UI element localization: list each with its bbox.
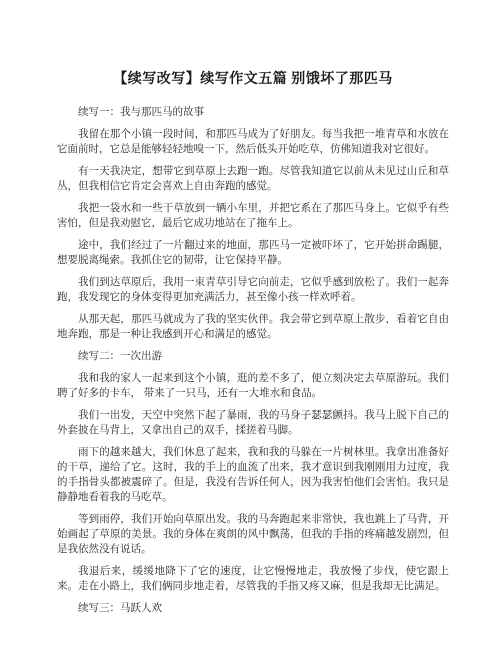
paragraph: 我和我的家人一起来到这个小镇，逛的差不多了，便立刻决定去草原游玩。我们聘了好多的… — [57, 371, 449, 401]
document-title: 【续写改写】续写作文五篇 别饿坏了那匹马 — [57, 72, 449, 88]
paragraph: 我退后来，缓缓地降下了它的速度，让它慢慢地走，我放慢了步伐，使它跟上来。走在小路… — [57, 564, 449, 594]
paragraph: 有一天我决定，想带它到草原上去跑一跑。尽管我知道它以前从未见过山丘和草丛，但我相… — [57, 164, 449, 194]
paragraph: 我们到达草原后，我用一束青草引导它向前走，它似乎感到放松了。我们一起奔跑，我发现… — [57, 275, 449, 305]
paragraph: 途中，我们经过了一片翻过来的地面，那匹马一定被吓坏了，它开始拼命踢腿，想要脱离绳… — [57, 238, 449, 268]
paragraph: 从那天起，那匹马就成为了我的坚实伙伴。我会带它到草原上散步，看着它自由地奔跑，那… — [57, 312, 449, 342]
paragraph: 我们一出发，天空中突然下起了暴雨，我的马身子瑟瑟颤抖。我马上脱下自己的外套披在马… — [57, 408, 449, 438]
section-heading-3: 续写三：马跃人欢 — [57, 601, 449, 616]
document-page: 【续写改写】续写作文五篇 别饿坏了那匹马 续写一：我与那匹马的故事 我留在那个小… — [0, 0, 502, 649]
paragraph: 我把一袋水和一些干草放到一辆小车里，并把它系在了那匹马身上。它似乎有些害怕，但是… — [57, 201, 449, 231]
section-heading-2: 续写二：一次出游 — [57, 349, 449, 364]
paragraph: 雨下的越来越大，我们休息了起来，我和我的马躲在一片树林里。我拿出准备好的干草，递… — [57, 445, 449, 505]
paragraph: 我留在那个小镇一段时间，和那匹马成为了好朋友。每当我把一堆青草和水放在它面前时，… — [57, 127, 449, 157]
section-heading-1: 续写一：我与那匹马的故事 — [57, 105, 449, 120]
paragraph: 等到雨停，我们开始向草原出发。我的马奔跑起来非常快，我也跳上了马背，开始画起了草… — [57, 512, 449, 557]
